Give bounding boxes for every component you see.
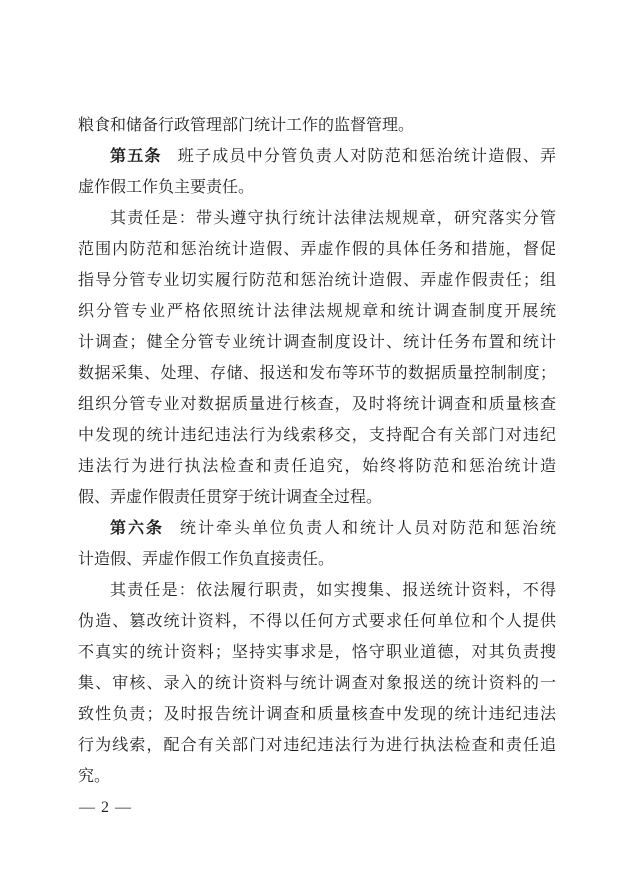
document-body: 粮食和储备行政管理部门统计工作的监督管理。第五条班子成员中分管负责人对防范和惩治…: [78, 110, 556, 792]
text-line: 究。: [78, 761, 556, 792]
text-line: 数据采集、处理、存储、报送和发布等环节的数据质量控制制度；: [78, 358, 556, 389]
text-line: 虚作假工作负主要责任。: [78, 172, 556, 203]
text-line: 不真实的统计资料；坚持实事求是，恪守职业道德，对其负责搜: [78, 637, 556, 668]
text-line: 织分管专业严格依照统计法律法规规章和统计调查制度开展统: [78, 296, 556, 327]
text-line: 致性负责；及时报告统计调查和质量核查中发现的统计违纪违法: [78, 699, 556, 730]
document-page: 粮食和储备行政管理部门统计工作的监督管理。第五条班子成员中分管负责人对防范和惩治…: [0, 0, 632, 894]
text-line: 第六条统计牵头单位负责人和统计人员对防范和惩治统: [78, 513, 556, 544]
text-line: 假、弄虚作假责任贯穿于统计调查全过程。: [78, 482, 556, 513]
text-line: 行为线索，配合有关部门对违纪违法行为进行执法检查和责任追: [78, 730, 556, 761]
text-line: 组织分管专业对数据质量进行核查，及时将统计调查和质量核查: [78, 389, 556, 420]
text-line: 集、审核、录入的统计资料与统计调查对象报送的统计资料的一: [78, 668, 556, 699]
text-line: 范围内防范和惩治统计造假、弄虚作假的具体任务和措施，督促: [78, 234, 556, 265]
text-line: 第五条班子成员中分管负责人对防范和惩治统计造假、弄: [78, 141, 556, 172]
line-text: 统计牵头单位负责人和统计人员对防范和惩治统: [180, 520, 556, 537]
page-number: — 2 —: [79, 798, 132, 818]
text-line: 粮食和储备行政管理部门统计工作的监督管理。: [78, 110, 556, 141]
text-line: 伪造、篡改统计资料，不得以任何方式要求任何单位和个人提供: [78, 606, 556, 637]
text-line: 计造假、弄虚作假工作负直接责任。: [78, 544, 556, 575]
article-number: 第六条: [110, 520, 164, 537]
text-line: 计调查；健全分管专业统计调查制度设计、统计任务布置和统计: [78, 327, 556, 358]
text-line: 指导分管专业切实履行防范和惩治统计造假、弄虚作假责任；组: [78, 265, 556, 296]
article-number: 第五条: [110, 148, 162, 165]
line-text: 班子成员中分管负责人对防范和惩治统计造假、弄: [178, 148, 556, 165]
text-line: 中发现的统计违纪违法行为线索移交，支持配合有关部门对违纪: [78, 420, 556, 451]
text-line: 其责任是：带头遵守执行统计法律法规规章，研究落实分管: [78, 203, 556, 234]
text-line: 违法行为进行执法检查和责任追究，始终将防范和惩治统计造: [78, 451, 556, 482]
text-line: 其责任是：依法履行职责，如实搜集、报送统计资料，不得: [78, 575, 556, 606]
